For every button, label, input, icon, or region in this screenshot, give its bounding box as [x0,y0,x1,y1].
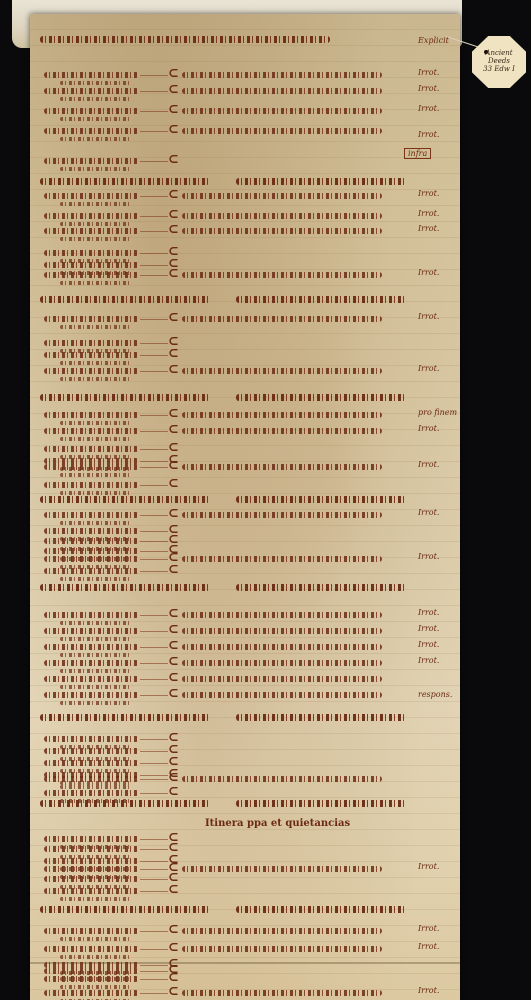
connector-line [140,253,168,254]
connector-line [140,879,168,880]
script-stroke [44,946,139,952]
script-stroke [60,421,130,425]
brace-mark: ⊂ [168,208,179,221]
script-stroke [60,685,130,689]
connector-line [140,343,168,344]
connector-line [140,371,168,372]
script-stroke [40,496,210,503]
script-stroke [40,906,210,913]
brace-mark: ⊂ [168,188,179,201]
script-stroke [182,193,382,199]
connector-line [140,861,168,862]
script-stroke [60,117,130,121]
margin-note: Irrot. [418,640,439,649]
script-stroke [236,178,406,185]
script-stroke [40,714,210,721]
connector-line [140,571,168,572]
brace-mark: ⊂ [168,923,179,936]
script-stroke [60,437,130,441]
brace-mark: ⊂ [168,407,179,420]
connector-line [140,541,168,542]
script-stroke [44,846,139,852]
script-stroke [44,976,139,982]
script-stroke [182,512,382,518]
brace-mark: ⊂ [168,607,179,620]
script-stroke [44,866,139,872]
script-stroke [182,928,382,934]
script-stroke [44,213,139,219]
connector-line [140,849,168,850]
script-stroke [40,296,210,303]
connector-line [140,965,168,966]
connector-line [140,355,168,356]
script-stroke [44,790,139,796]
script-stroke [44,464,139,470]
brace-mark: ⊂ [168,347,179,360]
margin-note: Irrot. [418,364,439,373]
margin-note: Irrot. [418,460,439,469]
brace-mark: ⊂ [168,639,179,652]
script-stroke [182,628,382,634]
connector-line [140,275,168,276]
margin-note: Irrot. [418,986,439,995]
connector-line [140,265,168,266]
boxed-annotation: infra [404,148,431,159]
margin-note: Irrot. [418,130,439,139]
script-stroke [44,368,139,374]
connector-line [140,196,168,197]
connector-line [140,319,168,320]
script-stroke [60,669,130,673]
script-stroke [44,446,139,452]
script-stroke [44,72,139,78]
script-stroke [60,137,130,141]
script-stroke [60,785,130,789]
connector-line [140,775,168,776]
script-stroke [182,128,382,134]
script-stroke [44,228,139,234]
connector-line [140,949,168,950]
script-stroke [44,888,139,894]
script-stroke [44,676,139,682]
script-stroke [44,548,139,554]
script-stroke [182,368,382,374]
script-stroke [60,897,130,901]
script-stroke [40,178,210,185]
brace-mark: ⊂ [168,311,179,324]
brace-mark: ⊂ [168,153,179,166]
connector-line [140,415,168,416]
brace-mark: ⊂ [168,103,179,116]
script-stroke [44,316,139,322]
margin-note: Irrot. [418,68,439,77]
connector-line [140,679,168,680]
script-stroke [44,512,139,518]
script-stroke [44,628,139,634]
connector-line [140,663,168,664]
script-stroke [60,81,130,85]
brace-mark: ⊂ [168,883,179,896]
script-stroke [60,653,130,657]
connector-line [140,739,168,740]
script-stroke [182,316,382,322]
script-stroke [44,428,139,434]
script-stroke [60,202,130,206]
connector-line [140,793,168,794]
tag-hole [484,50,488,54]
script-stroke [236,496,406,503]
script-stroke [182,108,382,114]
script-stroke [182,946,382,952]
script-stroke [60,325,130,329]
margin-note: Irrot. [418,312,439,321]
margin-note: pro finem [418,408,457,417]
script-stroke [60,361,130,365]
script-stroke [44,412,139,418]
script-stroke [44,108,139,114]
script-stroke [60,701,130,705]
script-stroke [60,521,130,525]
script-stroke [182,612,382,618]
connector-line [140,931,168,932]
connector-line [140,891,168,892]
script-stroke [182,866,382,872]
margin-note: Irrot. [418,268,439,277]
brace-mark: ⊂ [168,67,179,80]
brace-mark: ⊂ [168,771,179,784]
script-stroke [44,193,139,199]
script-stroke [60,955,130,959]
script-stroke [44,836,139,842]
script-stroke [44,158,139,164]
script-stroke [236,800,406,807]
brace-mark: ⊂ [168,687,179,700]
connector-line [140,551,168,552]
brace-mark: ⊂ [168,941,179,954]
connector-line [140,75,168,76]
connector-line [140,231,168,232]
connector-line [140,631,168,632]
connector-line [140,979,168,980]
script-stroke [44,858,139,864]
margin-note: Irrot. [418,209,439,218]
brace-mark: ⊂ [168,623,179,636]
script-stroke [236,906,406,913]
script-stroke [182,644,382,650]
script-stroke [60,377,130,381]
brace-mark: ⊂ [168,655,179,668]
connector-line [140,779,168,780]
script-stroke [60,985,130,989]
script-stroke [44,262,139,268]
script-stroke [60,937,130,941]
script-stroke [44,928,139,934]
script-stroke [40,36,330,43]
script-stroke [236,714,406,721]
script-stroke [182,676,382,682]
script-stroke [60,637,130,641]
connector-line [140,695,168,696]
connector-line [140,161,168,162]
script-stroke [44,736,139,742]
script-stroke [44,528,139,534]
brace-mark: ⊂ [168,459,179,472]
connector-line [140,515,168,516]
brace-mark: ⊂ [168,985,179,998]
center-heading: Itinera ppa et quietancias [205,818,350,829]
brace-mark: ⊂ [168,671,179,684]
margin-note: Irrot. [418,84,439,93]
tag-line-3: 33 Edw I [483,66,515,74]
script-stroke [40,394,210,401]
connector-line [140,485,168,486]
script-stroke [182,692,382,698]
brace-mark: ⊂ [168,267,179,280]
script-stroke [182,88,382,94]
margin-note: Irrot. [418,942,439,951]
connector-line [140,111,168,112]
script-stroke [60,577,130,581]
script-stroke [182,428,382,434]
connector-line [140,449,168,450]
script-stroke [44,748,139,754]
script-stroke [182,776,382,782]
script-stroke [236,584,406,591]
script-stroke [44,556,139,562]
connector-line [140,763,168,764]
margin-note: Irrot. [418,608,439,617]
script-stroke [236,394,406,401]
brace-mark: ⊂ [168,363,179,376]
margin-note: Irrot. [418,656,439,665]
margin-note: Irrot. [418,552,439,561]
connector-line [140,131,168,132]
script-stroke [44,612,139,618]
script-stroke [44,250,139,256]
script-stroke [182,464,382,470]
script-stroke [182,556,382,562]
brace-mark: ⊂ [168,971,179,984]
script-stroke [44,776,139,782]
script-stroke [60,473,130,477]
connector-line [140,993,168,994]
script-stroke [44,340,139,346]
script-stroke [44,568,139,574]
script-stroke [182,660,382,666]
margin-note: Explicit [418,36,449,45]
brace-mark: ⊂ [168,785,179,798]
connector-line [140,559,168,560]
brace-mark: ⊂ [168,423,179,436]
script-stroke [40,584,210,591]
script-stroke [60,237,130,241]
script-stroke [44,538,139,544]
script-stroke [44,88,139,94]
connector-line [140,531,168,532]
connector-line [140,467,168,468]
connector-line [140,91,168,92]
script-stroke [236,296,406,303]
connector-line [140,751,168,752]
script-stroke [44,272,139,278]
script-stroke [44,644,139,650]
brace-mark: ⊂ [168,123,179,136]
script-stroke [182,412,382,418]
script-stroke [182,272,382,278]
script-stroke [60,97,130,101]
script-stroke [44,692,139,698]
margin-note: Irrot. [418,508,439,517]
margin-note: Irrot. [418,424,439,433]
script-stroke [44,990,139,996]
connector-line [140,461,168,462]
connector-line [140,839,168,840]
script-stroke [182,213,382,219]
archive-label-tag: Ancient Deeds 33 Edw I [472,36,526,88]
script-stroke [40,800,210,807]
script-stroke [60,281,130,285]
connector-line [140,869,168,870]
script-stroke [60,167,130,171]
script-stroke [44,968,139,974]
connector-line [140,647,168,648]
margin-note: Irrot. [418,862,439,871]
brace-mark: ⊂ [168,223,179,236]
script-stroke [44,482,139,488]
script-stroke [60,621,130,625]
script-stroke [44,876,139,882]
script-stroke [44,128,139,134]
script-stroke [60,491,130,495]
connector-line [140,615,168,616]
script-stroke [44,352,139,358]
margin-note: respons. [418,690,452,699]
brace-mark: ⊂ [168,563,179,576]
script-stroke [182,228,382,234]
connector-line [140,431,168,432]
margin-note: Irrot. [418,224,439,233]
script-stroke [182,72,382,78]
script-stroke [44,760,139,766]
script-stroke [44,660,139,666]
connector-line [140,971,168,972]
margin-note: Irrot. [418,189,439,198]
margin-note: Irrot. [418,924,439,933]
margin-note: Irrot. [418,624,439,633]
brace-mark: ⊂ [168,507,179,520]
connector-line [140,216,168,217]
margin-note: Irrot. [418,104,439,113]
script-stroke [60,222,130,226]
script-stroke [182,990,382,996]
brace-mark: ⊂ [168,83,179,96]
brace-mark: ⊂ [168,477,179,490]
